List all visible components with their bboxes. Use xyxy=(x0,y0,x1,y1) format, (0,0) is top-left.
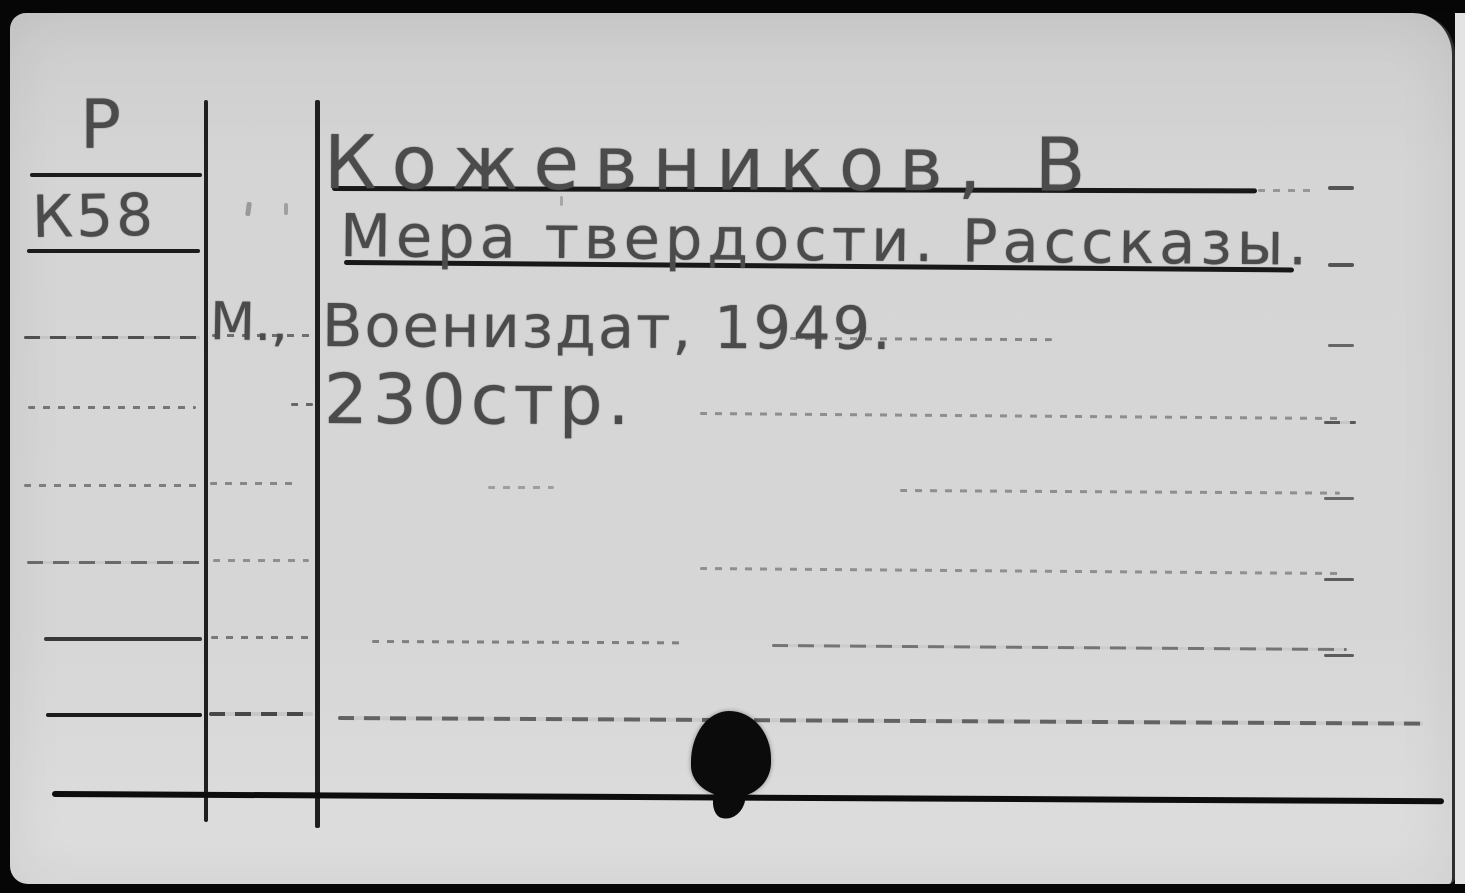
ruled-line-segment xyxy=(46,713,202,717)
pen-speck xyxy=(245,202,252,217)
ruled-line-segment xyxy=(1324,421,1356,424)
ruled-line-segment xyxy=(1328,186,1354,190)
ruled-line-segment xyxy=(488,486,554,489)
title-text: Мера твердости. Рассказы. xyxy=(340,206,1313,273)
author-heading: Кожевников, В xyxy=(324,126,1101,203)
call-number-cutter: К58 xyxy=(31,186,156,246)
scanned-catalog-card-page: { "card": { "call_number_class": "Р", "c… xyxy=(0,0,1465,893)
scan-border-left xyxy=(0,0,10,893)
ink-blot-icon xyxy=(691,711,771,797)
ruled-line-segment xyxy=(28,406,196,409)
ruled-line-segment xyxy=(30,173,202,177)
ruled-line-segment xyxy=(372,640,682,644)
ruled-line-segment xyxy=(1324,578,1354,581)
ruled-line-segment xyxy=(700,567,1340,575)
ruled-line-segment xyxy=(27,561,200,564)
ruled-line-segment xyxy=(1324,497,1354,500)
scan-border-top xyxy=(0,0,1465,13)
ruled-line-segment xyxy=(24,336,200,339)
ruled-line-segment xyxy=(1328,344,1354,347)
ruled-line-segment xyxy=(700,412,1340,420)
ruled-line-segment xyxy=(1328,263,1354,267)
call-number-class: Р xyxy=(80,92,123,160)
page-count: 230стр. xyxy=(324,366,635,436)
ruled-line-segment xyxy=(44,637,202,641)
ruled-line-segment xyxy=(900,489,1340,495)
publisher-year: Воениздат, 1949. xyxy=(322,296,893,358)
ruled-line-segment xyxy=(209,712,313,716)
card-content-layer: Р К58 Кожевников, В Мера твердости. Расс… xyxy=(0,0,1465,893)
ruled-line-segment xyxy=(24,484,200,487)
ruled-line-segment xyxy=(772,644,1347,651)
column-rule-right xyxy=(315,100,320,828)
column-rule-left xyxy=(204,100,208,822)
pen-speck xyxy=(284,203,288,215)
ruled-line-segment xyxy=(1324,654,1354,657)
ruled-line-segment xyxy=(291,403,313,406)
ruled-line-segment xyxy=(211,636,311,639)
ruled-line-segment xyxy=(210,482,298,485)
ruled-line-segment xyxy=(1258,189,1316,192)
ruled-line-segment xyxy=(338,716,1423,726)
ruled-line-segment xyxy=(213,559,309,562)
scan-border-bottom xyxy=(0,884,1465,893)
publication-place: М., xyxy=(210,296,289,349)
